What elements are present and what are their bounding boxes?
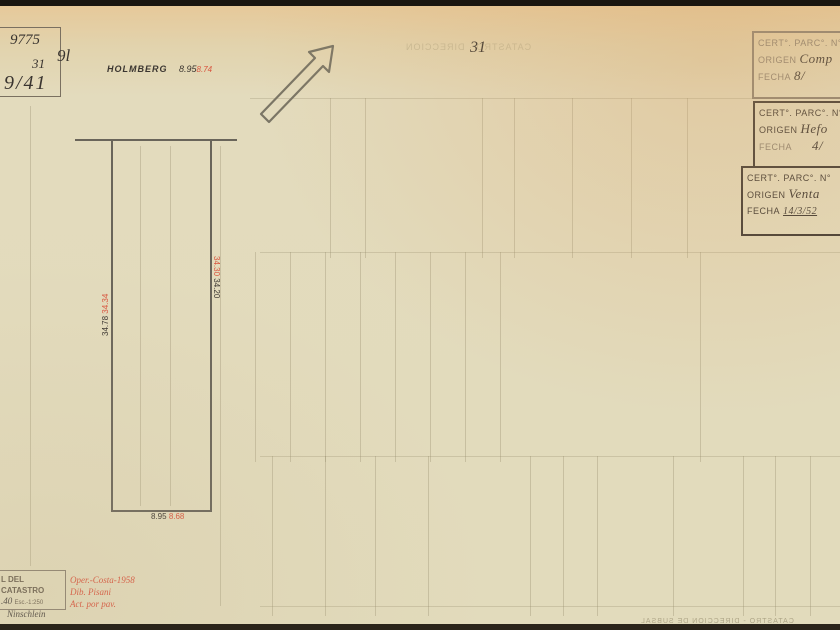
cert-stamp-3: CERT°. PARC°. N° ORIGENVenta FECHA14/3/5… xyxy=(741,166,840,236)
cert-stamp-1: CERT°. PARC°. N° ORIGENComp FECHA8/ xyxy=(752,31,840,99)
lot-back-measure: 8.95 8.68 xyxy=(151,512,184,521)
lot-right-measure: 34.30 34.20 xyxy=(212,256,221,298)
lot-left-measure: 34.78 34.34 xyxy=(101,294,110,336)
cert-stamp-2: CERT°. PARC°. N° ORIGENHefo FECHA4/ xyxy=(753,101,840,167)
street-front-measure-red: 8.74 xyxy=(197,65,213,74)
reference-number: 9775 xyxy=(10,32,40,49)
reference-subnumber: 31 xyxy=(32,56,45,72)
scanner-edge xyxy=(0,624,840,630)
catastro-stamp: L DEL CATASTRO .40 Esc.-1:250 Ninschlein xyxy=(0,570,66,610)
document-sheet: 9775 31 9/41 9l CATASTRO · DIRECCION HOL… xyxy=(0,6,840,624)
reference-lot: 9/41 xyxy=(4,72,48,95)
reference-box: 9775 31 9/41 xyxy=(0,27,61,97)
red-annotation: Oper.-Costa-1958 Dib. Pisani Act. por pa… xyxy=(70,574,135,610)
page-number: 31 xyxy=(470,39,486,57)
street-name: HOLMBERG xyxy=(107,64,168,74)
north-arrow-icon xyxy=(255,44,335,126)
street-label: HOLMBERG 8.958.74 xyxy=(107,64,212,74)
ghost-header-bleedthrough: CATASTRO · DIRECCION xyxy=(405,42,531,52)
street-front-measure: 8.95 xyxy=(179,64,197,74)
reference-mark: 9l xyxy=(57,46,70,66)
lot-parcel xyxy=(111,140,212,512)
